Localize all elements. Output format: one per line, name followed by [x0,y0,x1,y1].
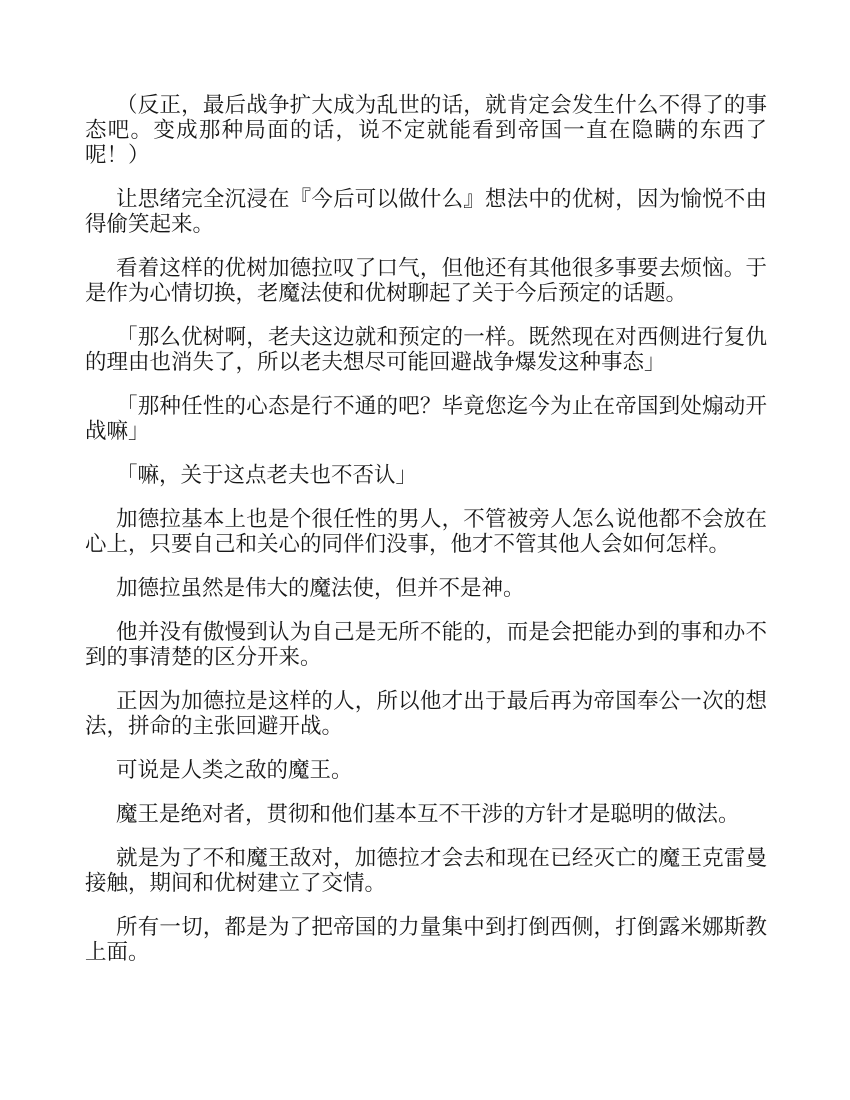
paragraph: 可说是人类之敌的魔王。 [85,758,767,783]
paragraph: 加德拉基本上也是个很任性的男人，不管被旁人怎么说他都不会放在心上，只要自己和关心… [85,507,767,557]
paragraph: 让思绪完全沉浸在『今后可以做什么』想法中的优树，因为愉悦不由得偷笑起来。 [85,187,767,237]
paragraph: 看着这样的优树加德拉叹了口气，但他还有其他很多事要去烦恼。于是作为心情切换，老魔… [85,256,767,306]
paragraph: 「嘛，关于这点老夫也不否认」 [85,463,767,488]
paragraph: 「那种任性的心态是行不通的吧？毕竟您迄今为止在帝国到处煽动开战嘛」 [85,394,767,444]
paragraph: 魔王是绝对者，贯彻和他们基本互不干涉的方针才是聪明的做法。 [85,802,767,827]
paragraph: 「那么优树啊，老夫这边就和预定的一样。既然现在对西侧进行复仇的理由也消失了，所以… [85,325,767,375]
document-page: （反正，最后战争扩大成为乱世的话，就肯定会发生什么不得了的事态吧。变成那种局面的… [0,0,850,1100]
paragraph: 就是为了不和魔王敌对，加德拉才会去和现在已经灭亡的魔王克雷曼接触，期间和优树建立… [85,846,767,896]
paragraph: 所有一切，都是为了把帝国的力量集中到打倒西侧，打倒露米娜斯教上面。 [85,915,767,965]
paragraph: 他并没有傲慢到认为自己是无所不能的，而是会把能办到的事和办不到的事清楚的区分开来… [85,620,767,670]
paragraph: 加德拉虽然是伟大的魔法使，但并不是神。 [85,576,767,601]
text-content: （反正，最后战争扩大成为乱世的话，就肯定会发生什么不得了的事态吧。变成那种局面的… [85,93,767,965]
paragraph: （反正，最后战争扩大成为乱世的话，就肯定会发生什么不得了的事态吧。变成那种局面的… [85,93,767,168]
paragraph: 正因为加德拉是这样的人，所以他才出于最后再为帝国奉公一次的想法，拼命的主张回避开… [85,689,767,739]
